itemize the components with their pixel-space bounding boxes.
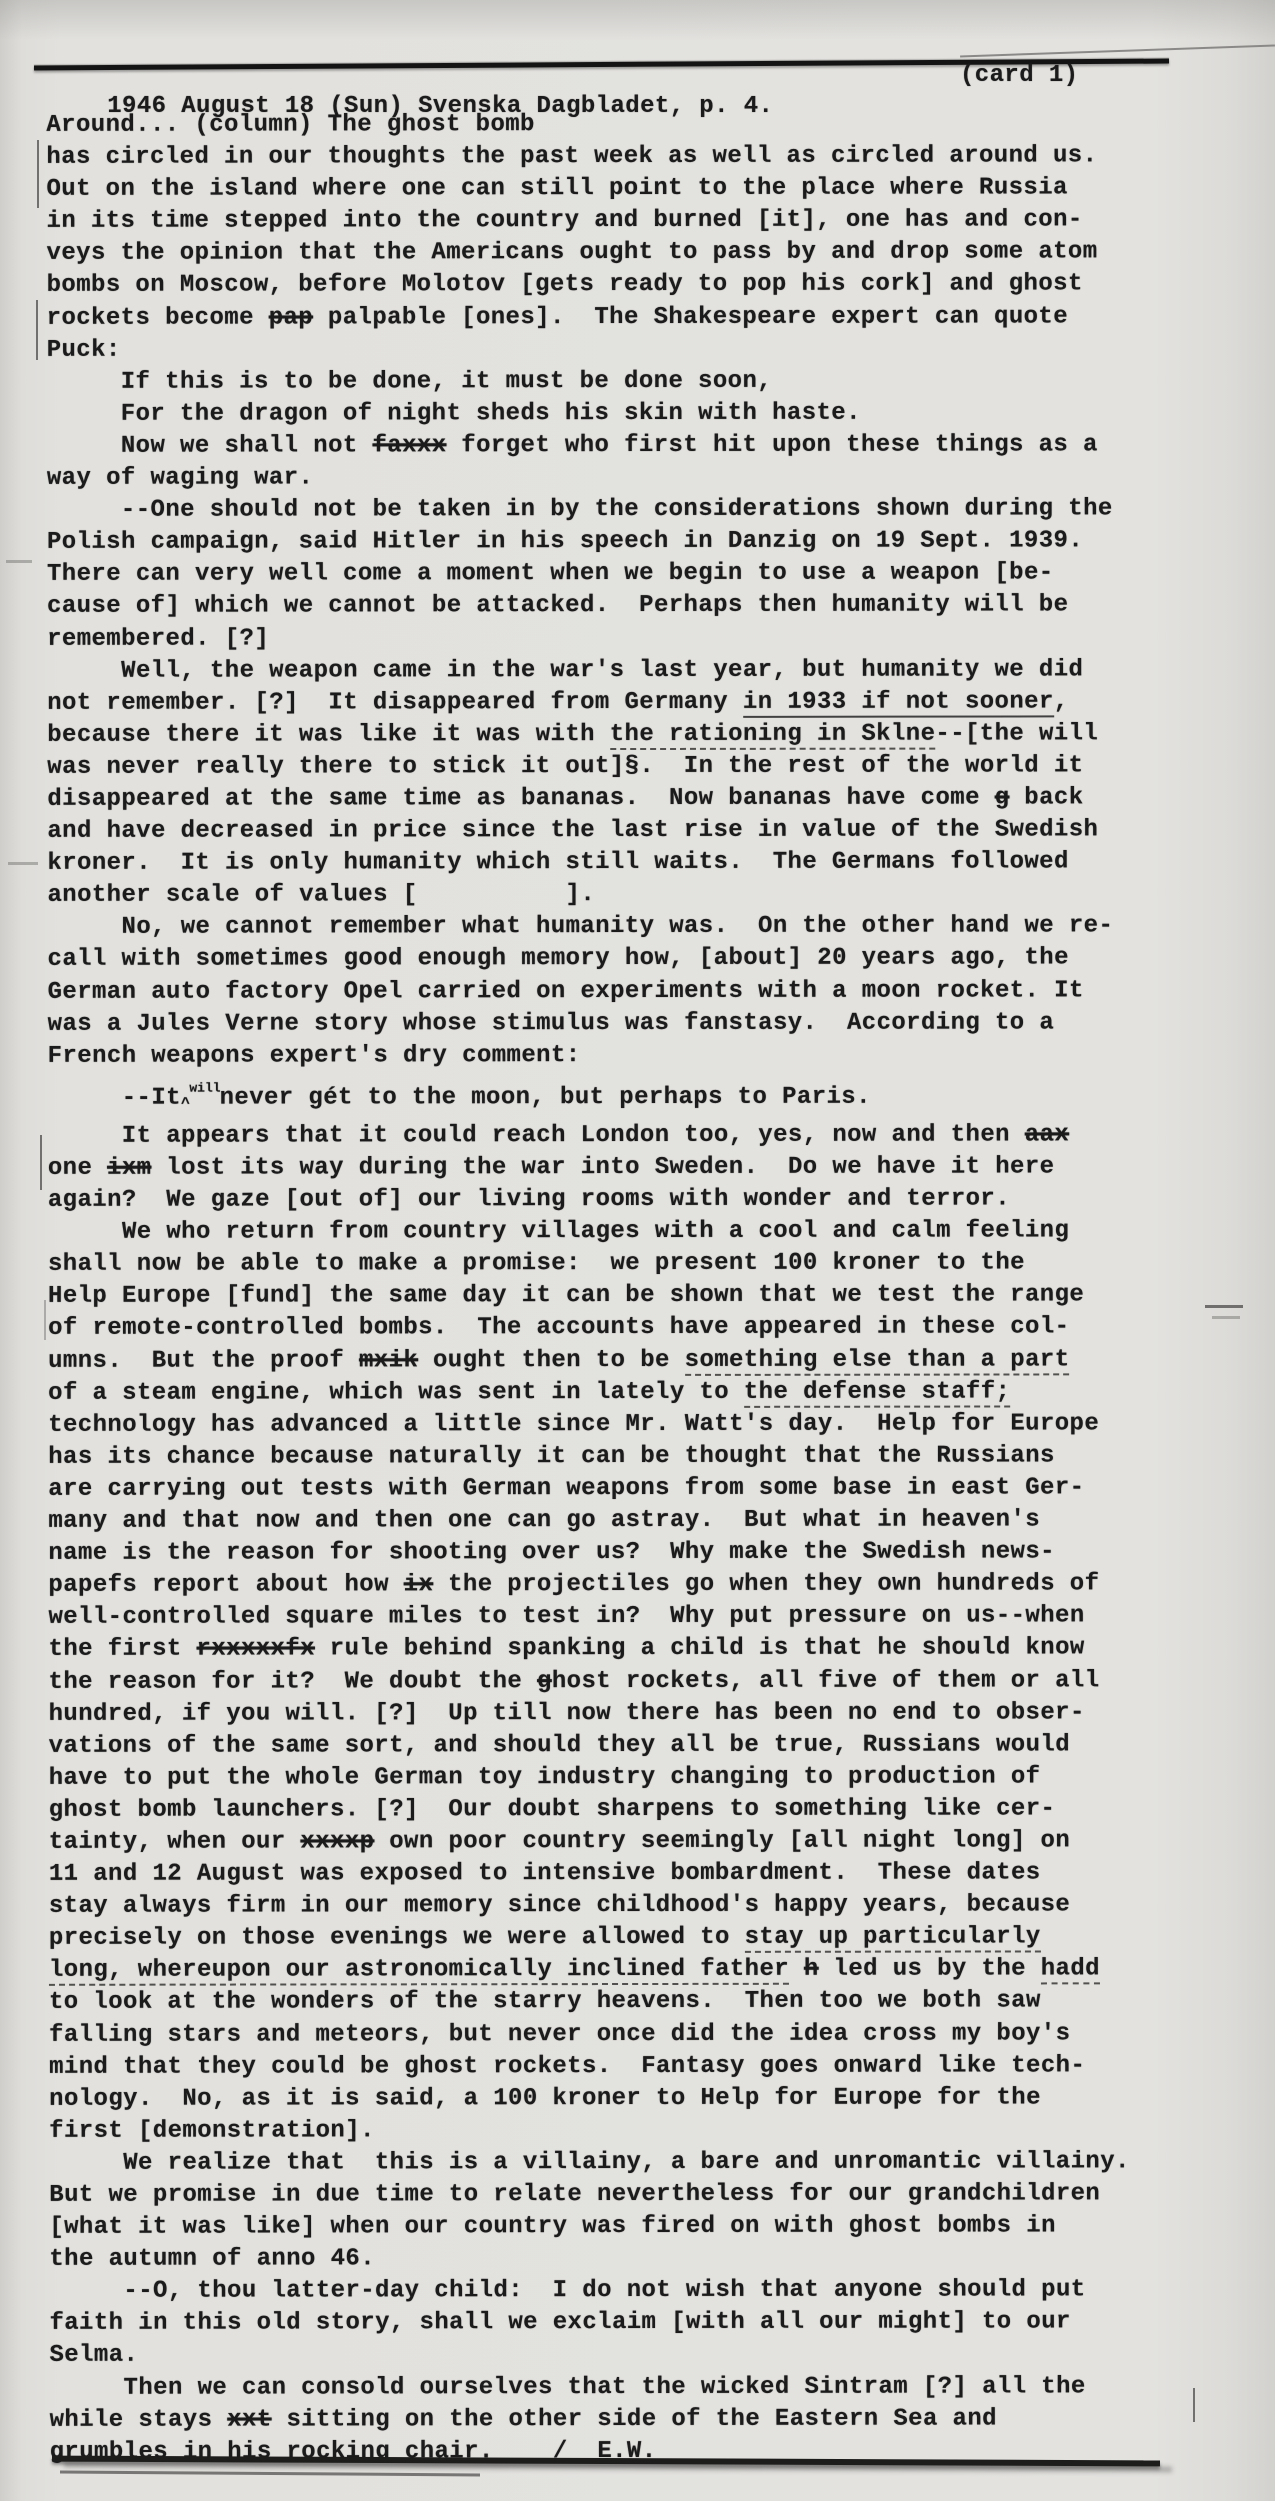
text-line: another scale of values [ ].	[47, 878, 1227, 912]
margin-mark	[6, 560, 32, 563]
text-segment: another scale of values [ ].	[47, 881, 595, 909]
text-segment: well-controlled square miles to test in?…	[48, 1603, 1084, 1631]
text-line: Polish campaign, said Hitler in his spee…	[47, 525, 1227, 559]
text-segment: of remote-controlled bombs. The accounts…	[48, 1314, 1069, 1342]
text-line: If this is to be done, it must be done s…	[47, 365, 1227, 399]
text-segment: name is the reason for shooting over us?…	[48, 1539, 1055, 1567]
text-segment: There can very well come a moment when w…	[47, 560, 1054, 588]
text-segment: [what it was like] when our country was …	[49, 2213, 1056, 2241]
text-segment: host rockets, all five of them or all	[552, 1667, 1100, 1695]
text-line: the reason for it? We doubt the ghost ro…	[49, 1665, 1229, 1699]
text-segment: mind that they could be ghost rockets. F…	[49, 2052, 1085, 2080]
text-segment: No, we cannot remember what humanity was…	[47, 913, 1113, 941]
text-segment-caret: ^	[181, 1095, 190, 1112]
text-segment: the projectiles go when they own hundred…	[433, 1571, 1099, 1599]
text-segment: not remember. [?] It disappeared from Ge…	[47, 689, 743, 717]
text-line: many and that now and then one can go as…	[48, 1504, 1228, 1538]
text-segment: --[the will	[935, 720, 1098, 747]
text-line: For the dragon of night sheds his skin w…	[47, 397, 1227, 431]
text-line: well-controlled square miles to test in?…	[48, 1600, 1228, 1634]
text-line: Selma.	[49, 2339, 1229, 2373]
margin-mark	[1193, 2388, 1195, 2422]
text-line: the autumn of anno 46.	[49, 2242, 1229, 2276]
text-line: --It^willnever gét to the moon, but perh…	[48, 1071, 1228, 1121]
text-line: technology has advanced a little since M…	[48, 1408, 1228, 1442]
text-segment: bombs on Moscow, before Molotov [gets re…	[47, 271, 1083, 299]
text-segment: has its chance because naturally it can …	[48, 1442, 1055, 1470]
text-segment: call with sometimes good enough memory h…	[48, 945, 1069, 973]
text-segment: vations of the same sort, and should the…	[49, 1731, 1070, 1759]
text-segment: French weapons expert's dry comment:	[48, 1042, 581, 1070]
text-line: --O, thou latter-day child: I do not wis…	[49, 2274, 1229, 2308]
text-segment: to look at the wonders of the starry hea…	[49, 1988, 1041, 2016]
card-header: 1946 August 18 (Sun) Svenska Dagbladet, …	[48, 66, 1168, 100]
text-segment: papefs report about how	[48, 1572, 403, 1599]
text-segment-x: ixm	[107, 1155, 151, 1182]
text-segment: Around... (column) The ghost bomb	[46, 111, 535, 139]
text-line: was a Jules Verne story whose stimulus w…	[48, 1007, 1228, 1041]
text-line: rockets become pap palpable [ones]. The …	[47, 301, 1227, 335]
text-line: remembered. [?]	[47, 622, 1227, 656]
text-segment: led us by the	[819, 1956, 1041, 1983]
text-segment: 11 and 12 August was exposed to intensiv…	[49, 1860, 1041, 1888]
text-line: 11 and 12 August was exposed to intensiv…	[49, 1857, 1229, 1891]
text-segment: ought then to be	[418, 1346, 684, 1373]
text-segment: Selma.	[49, 2342, 138, 2369]
card-label: (card 1)	[960, 62, 1078, 89]
text-segment: way of waging war.	[47, 464, 313, 491]
text-segment: the autumn of anno 46.	[49, 2246, 375, 2273]
text-segment: precisely on those evenings we were allo…	[49, 1924, 745, 1952]
text-line: No, we cannot remember what humanity was…	[47, 911, 1227, 945]
text-segment: But we promise in due time to relate nev…	[49, 2180, 1100, 2208]
text-segment-x: g	[537, 1668, 552, 1695]
text-segment: disappeared at the same time as bananas.…	[47, 784, 994, 812]
text-segment: For the dragon of night sheds his skin w…	[47, 400, 861, 428]
text-segment-du: something else than a part	[685, 1346, 1070, 1376]
text-segment: --It	[48, 1084, 181, 1111]
text-segment: nology. No, as it is said, a 100 kroner …	[49, 2084, 1041, 2112]
text-line: have to put the whole German toy industr…	[49, 1761, 1229, 1795]
text-line: and have decreased in price since the la…	[47, 814, 1227, 848]
text-segment: Well, the weapon came in the war's last …	[47, 656, 1083, 684]
text-segment: Now we shall not	[47, 432, 373, 459]
text-line: not remember. [?] It disappeared from Ge…	[47, 686, 1227, 720]
text-line: was never really there to stick it out]§…	[47, 750, 1227, 784]
text-segment-x: rxxxxxfx	[197, 1636, 315, 1663]
text-line: mind that they could be ghost rockets. F…	[49, 2050, 1229, 2084]
text-line: while stays xxt sitting on the other sid…	[50, 2403, 1230, 2437]
text-line: disappeared at the same time as bananas.…	[47, 782, 1227, 816]
text-line: of remote-controlled bombs. The accounts…	[48, 1312, 1228, 1346]
text-line: Now we shall not faxxx forget who first …	[47, 429, 1227, 463]
text-segment: --One should not be taken in by the cons…	[47, 495, 1113, 523]
text-segment: tainty, when our	[49, 1828, 301, 1855]
text-segment: We who return from country villages with…	[48, 1218, 1069, 1246]
text-segment: remembered. [?]	[47, 625, 269, 652]
text-line: bombs on Moscow, before Molotov [gets re…	[47, 269, 1227, 303]
text-segment-x: g	[995, 784, 1010, 811]
text-segment-du: long, whereupon our astronomically incli…	[49, 1956, 789, 1986]
text-line: one ixm lost its way during the war into…	[48, 1151, 1228, 1185]
text-line: in its time stepped into the country and…	[46, 204, 1226, 238]
text-segment-x: aax	[1025, 1121, 1069, 1148]
text-segment: faith in this old story, shall we exclai…	[49, 2309, 1070, 2337]
text-line: Around... (column) The ghost bomb	[46, 108, 1226, 142]
text-segment: first [demonstration].	[49, 2117, 375, 2144]
text-line: --One should not be taken in by the cons…	[47, 493, 1227, 527]
text-line: But we promise in due time to relate nev…	[49, 2178, 1229, 2212]
text-line: papefs report about how ix the projectil…	[48, 1568, 1228, 1602]
text-segment: hundred, if you will. [?] Up till now th…	[49, 1699, 1085, 1727]
text-line: to look at the wonders of the starry hea…	[49, 1986, 1229, 2020]
text-line: French weapons expert's dry comment:	[48, 1039, 1228, 1073]
text-segment: never gét to the moon, but perhaps to Pa…	[220, 1083, 871, 1111]
text-segment: of a steam engine, which was sent in lat…	[48, 1379, 744, 1407]
text-line: cause of] which we cannot be attacked. P…	[47, 590, 1227, 624]
text-segment: technology has advanced a little since M…	[48, 1410, 1099, 1438]
text-segment-du: the defense staff;	[744, 1378, 1010, 1407]
text-segment: rockets become	[47, 304, 269, 331]
text-segment: Help Europe [fund] the same day it can b…	[48, 1282, 1084, 1310]
text-line: call with sometimes good enough memory h…	[48, 943, 1228, 977]
text-line: It appears that it could reach London to…	[48, 1119, 1228, 1153]
text-segment-x: xxxxp	[300, 1828, 374, 1855]
text-segment: own poor country seemingly [all night lo…	[374, 1827, 1070, 1855]
margin-mark	[1212, 1316, 1240, 1319]
text-segment: --O, thou latter-day child: I do not wis…	[49, 2277, 1085, 2305]
text-segment-sup: will	[189, 1080, 220, 1095]
text-segment: We realize that this is a villainy, a ba…	[49, 2148, 1130, 2177]
text-line: kroner. It is only humanity which still …	[47, 846, 1227, 880]
text-segment-du: the rationing in Sklne	[610, 720, 936, 749]
text-segment: are carrying out tests with German weapo…	[48, 1474, 1084, 1502]
text-segment: rule behind spanking a child is that he …	[315, 1635, 1085, 1663]
text-segment: forget who first hit upon these things a…	[446, 431, 1097, 459]
text-segment: umns. But the proof	[48, 1347, 359, 1374]
text-line: We who return from country villages with…	[48, 1215, 1228, 1249]
text-segment-x: pap	[269, 304, 313, 331]
text-line: Then we can consold ourselves that the w…	[50, 2371, 1230, 2405]
text-segment-x: xxt	[227, 2406, 271, 2433]
text-line: Well, the weapon came in the war's last …	[47, 654, 1227, 688]
text-segment: the first	[48, 1636, 196, 1663]
text-line: nology. No, as it is said, a 100 kroner …	[49, 2082, 1229, 2116]
text-segment-x: ix	[404, 1572, 434, 1599]
text-line: We realize that this is a villainy, a ba…	[49, 2146, 1229, 2180]
text-line: stay always firm in our memory since chi…	[49, 1889, 1229, 1923]
text-segment: shall now be able to make a promise: we …	[48, 1250, 1025, 1278]
text-line: long, whereupon our astronomically incli…	[49, 1954, 1229, 1988]
margin-mark	[37, 140, 39, 208]
text-line: again? We gaze [out of] our living rooms…	[48, 1183, 1228, 1217]
text-line: Help Europe [fund] the same day it can b…	[48, 1280, 1228, 1314]
text-segment-x: faxxx	[372, 432, 446, 459]
text-line: the first rxxxxxfx rule behind spanking …	[48, 1633, 1228, 1667]
text-line: has circled in our thoughts the past wee…	[46, 140, 1226, 174]
text-line: [what it was like] when our country was …	[49, 2210, 1229, 2244]
margin-mark	[40, 1135, 42, 1190]
text-segment: veys the opinion that the Americans ough…	[47, 239, 1098, 267]
text-segment: ,	[1054, 688, 1069, 715]
text-line: Puck:	[47, 333, 1227, 367]
text-segment: and have decreased in price since the la…	[47, 816, 1098, 844]
text-segment: Then we can consold ourselves that the w…	[50, 2373, 1086, 2401]
text-segment: the reason for it? We doubt the	[49, 1668, 538, 1696]
text-segment: palpable [ones]. The Shakespeare expert …	[313, 303, 1068, 331]
text-segment: kroner. It is only humanity which still …	[47, 849, 1068, 877]
margin-mark	[8, 862, 38, 865]
text-segment-du: stay up particularly	[745, 1924, 1041, 1953]
card-bottom-edge-tail	[60, 2471, 480, 2477]
text-segment: because there it was like it was with	[47, 721, 610, 749]
text-line: has its chance because naturally it can …	[48, 1440, 1228, 1474]
card-top-edge	[960, 45, 1275, 58]
text-line: umns. But the proof mxik ought then to b…	[48, 1344, 1228, 1378]
text-segment: Polish campaign, said Hitler in his spee…	[47, 528, 1083, 556]
text-line: shall now be able to make a promise: we …	[48, 1247, 1228, 1281]
text-line: There can very well come a moment when w…	[47, 557, 1227, 591]
text-line: falling stars and meteors, but never onc…	[49, 2018, 1229, 2052]
text-segment: If this is to be done, it must be done s…	[47, 368, 772, 396]
text-segment: cause of] which we cannot be attacked. P…	[47, 592, 1068, 620]
text-segment: have to put the whole German toy industr…	[49, 1763, 1041, 1791]
text-line: German auto factory Opel carried on expe…	[48, 975, 1228, 1009]
text-line: precisely on those evenings we were allo…	[49, 1921, 1229, 1955]
text-segment: falling stars and meteors, but never onc…	[49, 2020, 1070, 2048]
text-segment: while stays	[50, 2406, 228, 2433]
text-line: are carrying out tests with German weapo…	[48, 1472, 1228, 1506]
text-segment: German auto factory Opel carried on expe…	[48, 977, 1084, 1005]
text-segment: lost its way during the war into Sweden.…	[151, 1153, 1054, 1181]
text-segment-x: h	[804, 1956, 819, 1983]
text-segment: ghost bomb launchers. [?] Our doubt shar…	[49, 1795, 1056, 1823]
text-line: hundred, if you will. [?] Up till now th…	[49, 1697, 1229, 1731]
text-segment: Out on the island where one can still po…	[46, 175, 1067, 203]
margin-mark	[1205, 1305, 1243, 1308]
text-segment: one	[48, 1155, 107, 1182]
document-body: Around... (column) The ghost bombhas cir…	[46, 108, 1229, 2468]
text-line: Out on the island where one can still po…	[46, 172, 1226, 206]
text-line: vations of the same sort, and should the…	[49, 1729, 1229, 1763]
text-line: tainty, when our xxxxp own poor country …	[49, 1825, 1229, 1859]
text-segment: again? We gaze [out of] our living rooms…	[48, 1186, 1010, 1214]
text-line: because there it was like it was with th…	[47, 718, 1227, 752]
text-segment: was never really there to stick it out]§…	[47, 752, 1083, 780]
text-line: faith in this old story, shall we exclai…	[49, 2307, 1229, 2341]
margin-mark	[36, 300, 38, 360]
text-segment: was a Jules Verne story whose stimulus w…	[48, 1009, 1055, 1037]
text-segment: has circled in our thoughts the past wee…	[46, 142, 1097, 170]
text-segment: in its time stepped into the country and…	[46, 207, 1082, 235]
text-segment: Puck:	[47, 336, 121, 363]
text-line: veys the opinion that the Americans ough…	[47, 237, 1227, 271]
text-segment-du: hadd	[1041, 1956, 1100, 1985]
text-segment-x: mxik	[359, 1347, 418, 1374]
text-segment: many and that now and then one can go as…	[48, 1506, 1040, 1534]
text-line: way of waging war.	[47, 461, 1227, 495]
text-segment: sitting on the other side of the Eastern…	[272, 2405, 997, 2433]
text-segment: stay always firm in our memory since chi…	[49, 1892, 1070, 1920]
text-line: first [demonstration].	[49, 2114, 1229, 2148]
text-line: ghost bomb launchers. [?] Our doubt shar…	[49, 1793, 1229, 1827]
margin-mark	[44, 1300, 46, 1340]
text-segment: It appears that it could reach London to…	[48, 1121, 1025, 1149]
scanned-card: 1946 August 18 (Sun) Svenska Dagbladet, …	[0, 0, 1275, 2501]
text-line: of a steam engine, which was sent in lat…	[48, 1376, 1228, 1410]
text-segment: back	[1009, 784, 1083, 811]
text-line: name is the reason for shooting over us?…	[48, 1536, 1228, 1570]
text-segment	[789, 1956, 804, 1983]
text-segment-u: in 1933 if not sooner	[743, 688, 1054, 717]
